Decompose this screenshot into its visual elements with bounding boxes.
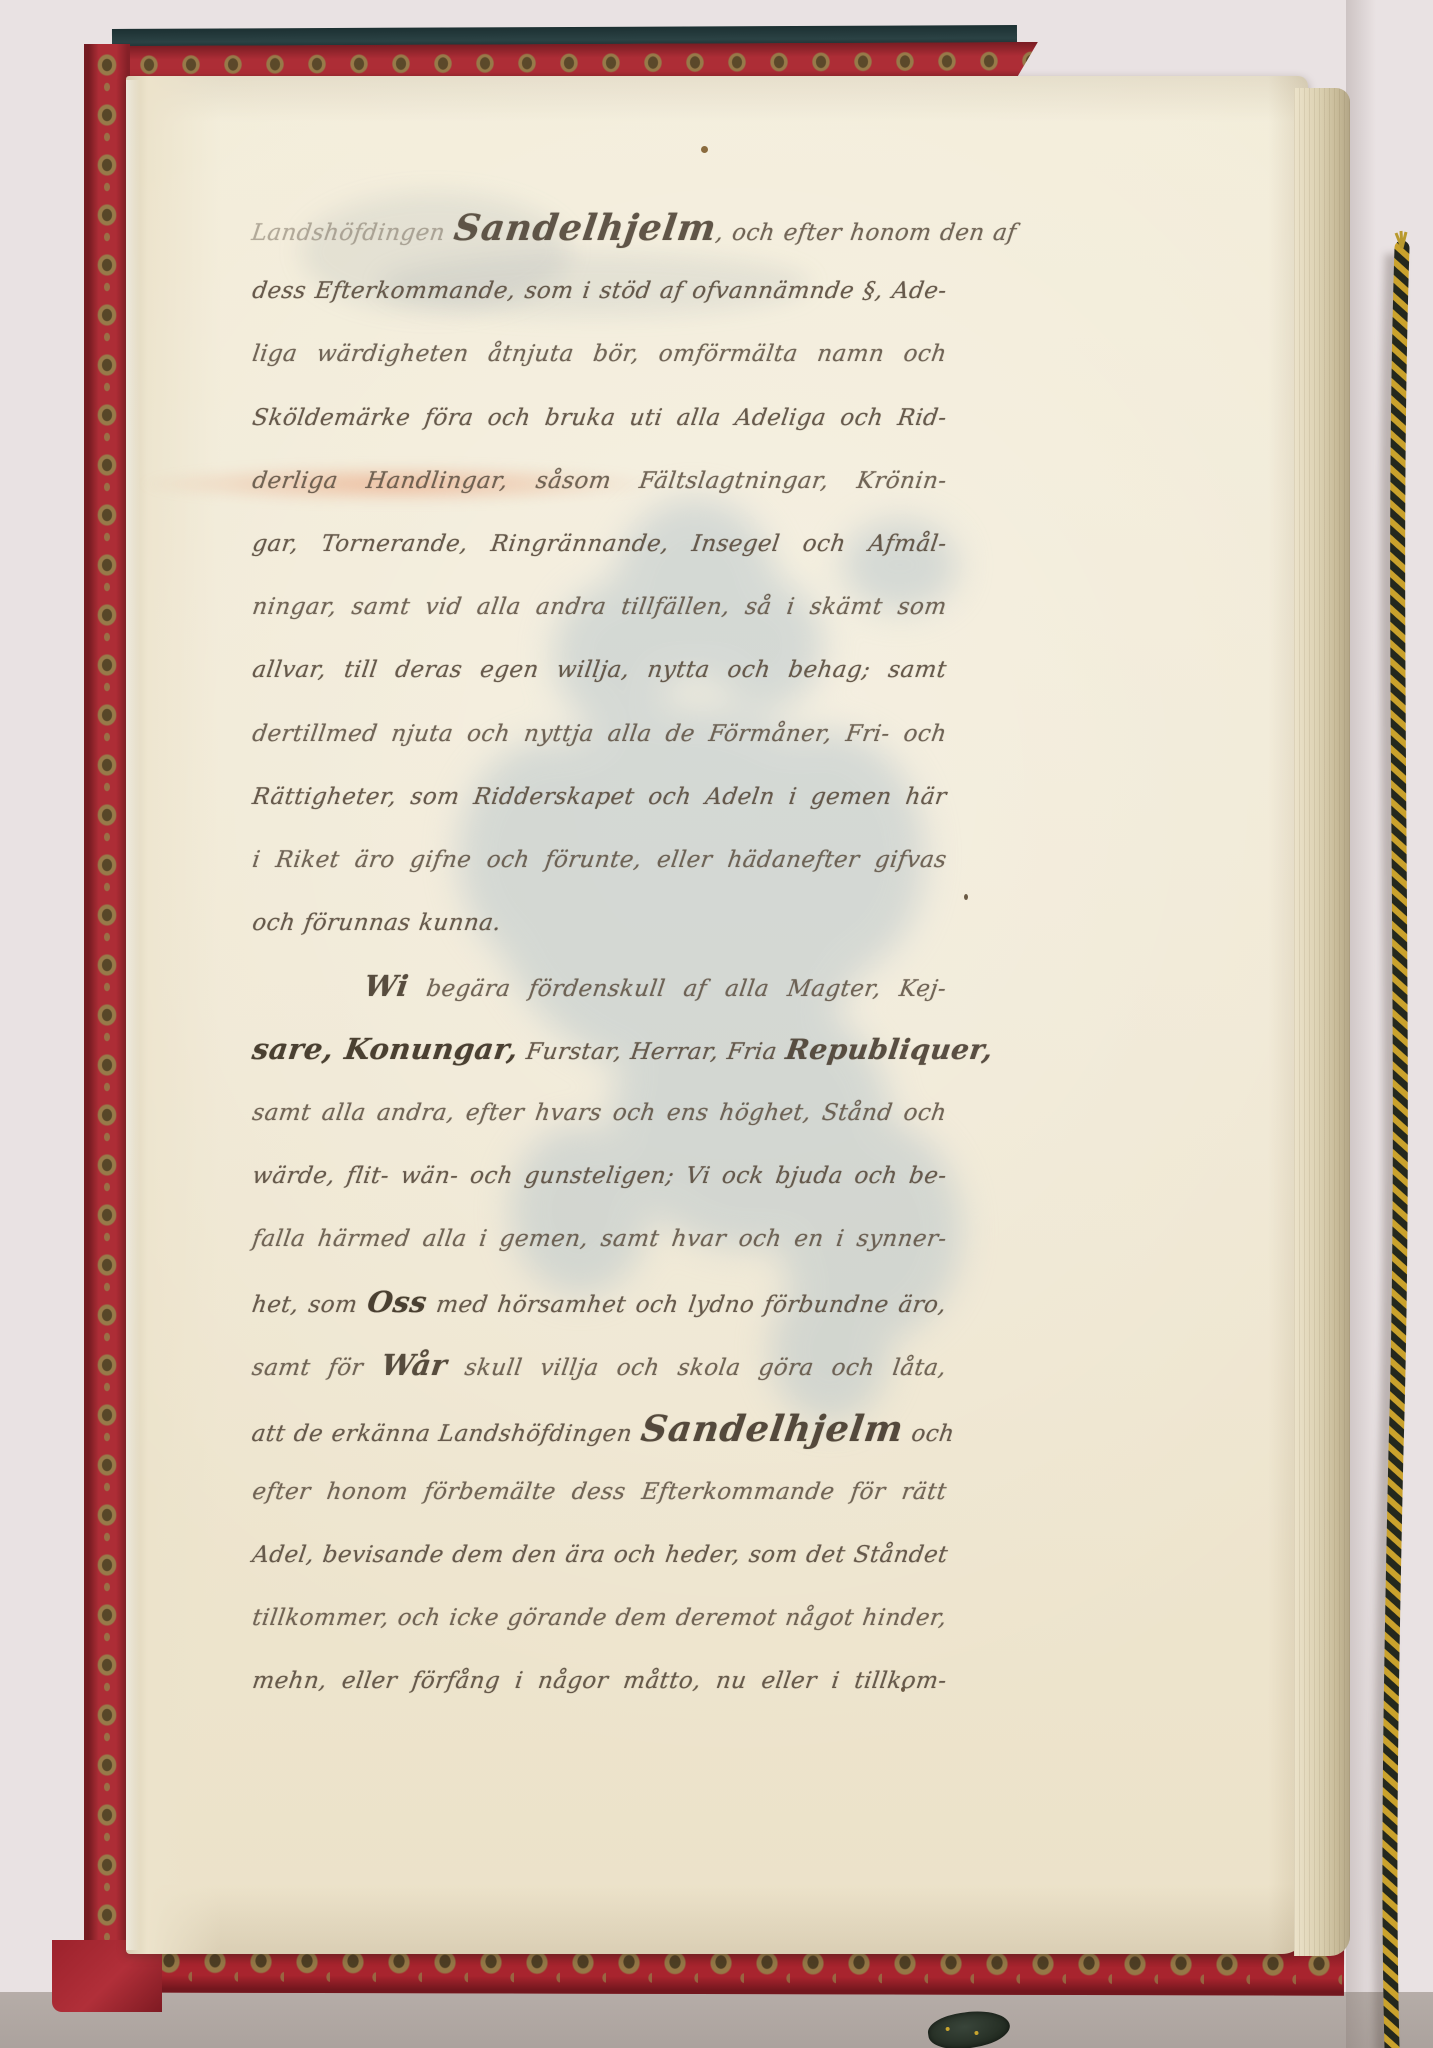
seal-cord bbox=[1330, 200, 1433, 2048]
manuscript-line: falla härmed alla i gemen, samt hvar och… bbox=[248, 1208, 951, 1271]
page-gutter-highlight bbox=[126, 80, 140, 1950]
text-segment: i Riket äro gifne och förunte, eller häd… bbox=[251, 847, 949, 873]
text-segment: samt alla andra, efter hvars och ens hög… bbox=[251, 1100, 949, 1126]
manuscript-line: Landshöfdingen Sandelhjelm, och efter ho… bbox=[248, 197, 951, 260]
backdrop-below-book bbox=[0, 1992, 1433, 2048]
manuscript-line: i Riket äro gifne och förunte, eller häd… bbox=[248, 829, 951, 892]
ink-speck bbox=[964, 894, 968, 900]
text-segment: Oss bbox=[365, 1285, 429, 1319]
text-segment: het, som bbox=[250, 1292, 369, 1318]
text-segment: allvar, till deras egen willja, nytta oc… bbox=[251, 657, 949, 683]
manuscript-line: liga wärdigheten åtnjuta bör, omförmälta… bbox=[248, 323, 951, 386]
text-segment: Sandelhjelm bbox=[638, 1408, 906, 1450]
text-segment: och förunnas kunna. bbox=[251, 910, 503, 936]
manuscript-line: Sköldemärke föra och bruka uti alla Adel… bbox=[248, 387, 951, 450]
text-segment: Landshöfdingen bbox=[250, 220, 456, 246]
text-segment: med hörsamhet och lydno förbundne äro, bbox=[425, 1292, 948, 1318]
text-segment: gar, Tornerande, Ringrännande, Insegel o… bbox=[251, 531, 949, 557]
text-segment: Sandelhjelm bbox=[451, 207, 719, 249]
text-segment: wärde, flit- wän- och gunsteligen; Vi oc… bbox=[251, 1163, 949, 1189]
text-segment: skull villja och skola göra och låta, bbox=[445, 1355, 948, 1381]
text-segment: Adel, bevisande dem den ära och heder, s… bbox=[251, 1542, 950, 1568]
manuscript-line: Rättigheter, som Ridderskapet och Adeln … bbox=[248, 766, 951, 829]
manuscript-line: mehn, eller förfång i någor måtto, nu el… bbox=[248, 1650, 951, 1713]
manuscript-line: och förunnas kunna. bbox=[248, 892, 951, 955]
manuscript-line: het, som Oss med hörsamhet och lydno för… bbox=[248, 1271, 951, 1334]
text-segment: efter honom förbemälte dess Efterkommand… bbox=[251, 1479, 949, 1505]
text-segment: ningar, samt vid alla andra tillfällen, … bbox=[251, 594, 949, 620]
manuscript-line: derliga Handlingar, såsom Fältslagtninga… bbox=[248, 450, 951, 513]
text-segment: Wår bbox=[379, 1348, 449, 1382]
text-segment: liga wärdigheten åtnjuta bör, omförmälta… bbox=[251, 341, 949, 367]
manuscript-line: samt för Wår skull villja och skola göra… bbox=[248, 1334, 951, 1397]
text-segment: begära fördenskull af alla Magter, Kej- bbox=[406, 976, 948, 1002]
text-segment: och bbox=[901, 1421, 956, 1447]
manuscript-line: ningar, samt vid alla andra tillfällen, … bbox=[248, 576, 951, 639]
manuscript-line: gar, Tornerande, Ringrännande, Insegel o… bbox=[248, 513, 951, 576]
text-segment: dess Efterkommande, som i stöd af ofvann… bbox=[251, 278, 949, 304]
manuscript-book-photo: Landshöfdingen Sandelhjelm, och efter ho… bbox=[0, 0, 1433, 2048]
manuscript-line: samt alla andra, efter hvars och ens hög… bbox=[248, 1082, 951, 1145]
manuscript-line: dess Efterkommande, som i stöd af ofvann… bbox=[248, 260, 951, 323]
text-segment: Rättigheter, som Ridderskapet och Adeln … bbox=[251, 784, 949, 810]
text-segment: Furstar, Herrar, Fria bbox=[516, 1039, 788, 1065]
manuscript-line: att de erkänna Landshöfdingen Sandelhjel… bbox=[248, 1398, 951, 1461]
manuscript-line: allvar, till deras egen willja, nytta oc… bbox=[248, 639, 951, 702]
text-segment: dertillmed njuta och nyttja alla de Förm… bbox=[251, 721, 949, 747]
text-segment: samt för bbox=[250, 1355, 383, 1381]
manuscript-line: Adel, bevisande dem den ära och heder, s… bbox=[248, 1524, 951, 1587]
text-segment: Republiquer, bbox=[784, 1033, 996, 1066]
manuscript-line: dertillmed njuta och nyttja alla de Förm… bbox=[248, 703, 951, 766]
text-segment: derliga Handlingar, såsom Fältslagtninga… bbox=[251, 468, 949, 494]
manuscript-line: wärde, flit- wän- och gunsteligen; Vi oc… bbox=[248, 1145, 951, 1208]
text-segment: mehn, eller förfång i någor måtto, nu el… bbox=[251, 1668, 949, 1694]
text-segment: sare, Konungar, bbox=[250, 1032, 520, 1066]
manuscript-line: sare, Konungar, Furstar, Herrar, Fria Re… bbox=[248, 1018, 951, 1081]
manuscript-line: Wi begära fördenskull af alla Magter, Ke… bbox=[248, 955, 951, 1018]
manuscript-line: efter honom förbemälte dess Efterkommand… bbox=[248, 1461, 951, 1524]
ink-speck bbox=[701, 146, 708, 153]
text-segment: Wi bbox=[362, 969, 411, 1003]
cover-left-border-gold-tooling bbox=[84, 44, 130, 2000]
text-block: Landshöfdingen Sandelhjelm, och efter ho… bbox=[248, 197, 942, 1714]
text-segment: Sköldemärke föra och bruka uti alla Adel… bbox=[251, 405, 949, 431]
text-segment: tillkommer, och icke görande dem deremot… bbox=[251, 1605, 949, 1631]
text-segment: att de erkänna Landshöfdingen bbox=[250, 1421, 643, 1447]
manuscript-line: tillkommer, och icke görande dem deremot… bbox=[248, 1587, 951, 1650]
text-segment: , och efter honom den af bbox=[714, 220, 1018, 246]
text-segment: falla härmed alla i gemen, samt hvar och… bbox=[251, 1226, 949, 1252]
